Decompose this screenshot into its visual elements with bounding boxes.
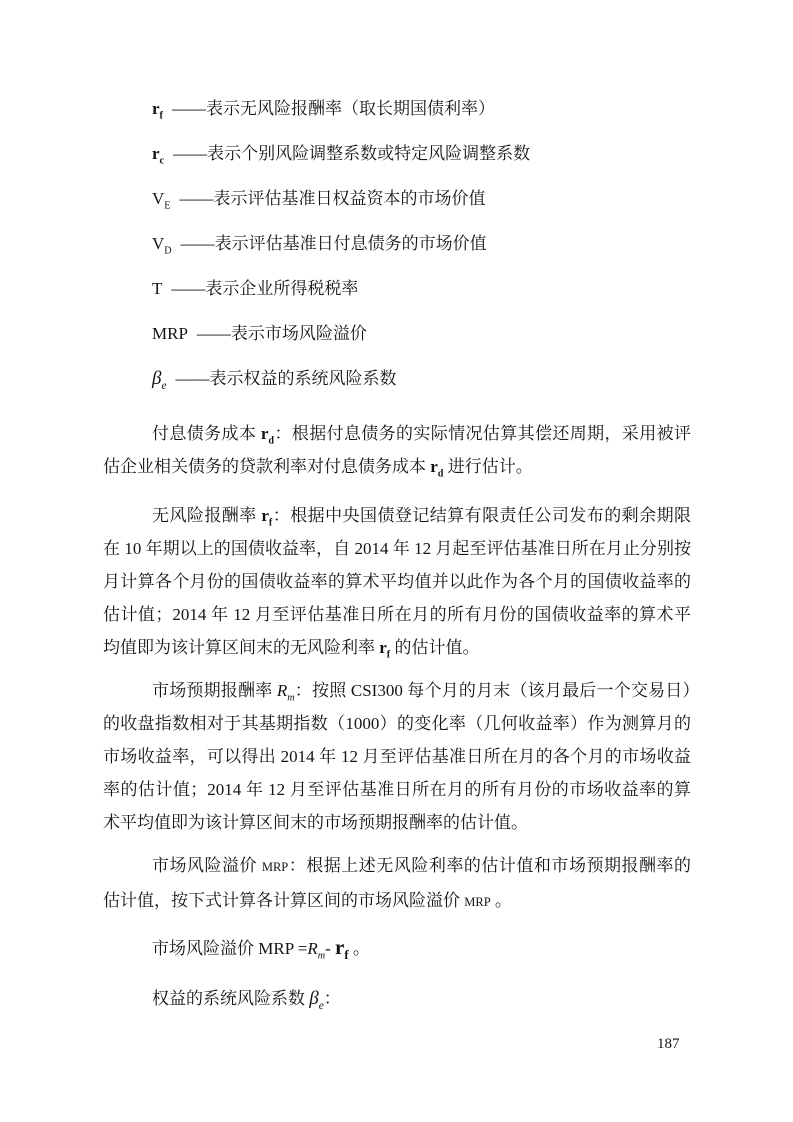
definition-mrp: MRP——表示市场风险溢价 bbox=[152, 311, 691, 356]
symbol-subscript: m bbox=[287, 692, 294, 703]
paragraph-text: ：根据中央国债登记结算有限责任公司发布的剩余期限在 10 年期以上的国债收益率，… bbox=[103, 506, 691, 657]
paragraph-mrp: 市场风险溢价 MRP：根据上述无风险利率的估计值和市场预期报酬率的估计值，按下式… bbox=[103, 849, 691, 919]
symbol-letter: r bbox=[379, 638, 387, 657]
symbol-beta: βe bbox=[309, 988, 324, 1009]
symbol-subscript: E bbox=[164, 200, 170, 211]
paragraph-text: 的估计值。 bbox=[390, 638, 479, 657]
symbol-letter: MRP bbox=[152, 324, 188, 343]
definition-text: ——表示无风险报酬率（取长期国债利率） bbox=[172, 99, 495, 118]
definition-text: ——表示权益的系统风险系数 bbox=[176, 369, 397, 388]
paragraph-text: 市场风险溢价 bbox=[152, 856, 262, 875]
symbol-rf: rf bbox=[335, 935, 349, 959]
formula-text: 市场风险溢价 MRP = bbox=[152, 939, 307, 958]
paragraph-text: 付息债务成本 bbox=[152, 424, 261, 443]
paragraph-text: 市场预期报酬率 bbox=[152, 681, 277, 700]
paragraph-text: 权益的系统风险系数 bbox=[152, 989, 309, 1008]
symbol-letter: R bbox=[277, 681, 287, 700]
symbol-letter: r bbox=[152, 144, 160, 163]
symbol-rf: rf bbox=[152, 99, 163, 118]
definition-text: ——表示个别风险调整系数或特定风险调整系数 bbox=[173, 144, 530, 163]
symbol-letter: r bbox=[261, 506, 269, 525]
symbol-t: T bbox=[152, 279, 162, 298]
symbol-letter: V bbox=[152, 234, 164, 253]
definition-text: ——表示市场风险溢价 bbox=[197, 324, 367, 343]
symbol-mrp: MRP bbox=[262, 860, 288, 874]
symbol-letter: r bbox=[152, 99, 160, 118]
definition-beta: βe——表示权益的系统风险系数 bbox=[152, 356, 691, 401]
symbol-letter: β bbox=[309, 988, 318, 1009]
symbol-mrp: MRP bbox=[152, 324, 188, 343]
symbol-letter: R bbox=[307, 939, 317, 958]
symbol-rc: rc bbox=[152, 144, 164, 163]
definition-rc: rc——表示个别风险调整系数或特定风险调整系数 bbox=[152, 131, 691, 176]
definition-rf: rf——表示无风险报酬率（取长期国债利率） bbox=[152, 86, 691, 131]
page-number: 187 bbox=[657, 1036, 680, 1053]
paragraph-text: 。 bbox=[491, 891, 512, 910]
definition-text: ——表示企业所得税税率 bbox=[171, 279, 358, 298]
paragraph-text: 无风险报酬率 bbox=[152, 506, 261, 525]
formula-text: - bbox=[325, 939, 335, 958]
symbol-mrp: MRP bbox=[464, 895, 490, 909]
page-content: rf——表示无风险报酬率（取长期国债利率） rc——表示个别风险调整系数或特定风… bbox=[103, 86, 691, 1015]
paragraph-text: 进行估计。 bbox=[443, 457, 532, 476]
symbol-rd: rd bbox=[261, 424, 274, 443]
symbol-rf: rf bbox=[379, 638, 390, 657]
symbol-subscript: f bbox=[160, 110, 163, 121]
document-page: rf——表示无风险报酬率（取长期国债利率） rc——表示个别风险调整系数或特定风… bbox=[0, 0, 793, 1122]
symbol-beta: βe bbox=[152, 368, 167, 389]
definition-text: ——表示评估基准日付息债务的市场价值 bbox=[181, 234, 487, 253]
symbol-subscript: c bbox=[160, 155, 165, 166]
symbol-rm: Rm bbox=[277, 681, 295, 700]
definition-text: ——表示评估基准日权益资本的市场价值 bbox=[180, 189, 486, 208]
paragraph-market-return: 市场预期报酬率 Rm：按照 CSI300 每个月的月末（该月最后一个交易日）的收… bbox=[103, 674, 691, 839]
symbol-letter: r bbox=[335, 935, 344, 959]
paragraph-text: ：按照 CSI300 每个月的月末（该月最后一个交易日）的收盘指数相对于其基期指… bbox=[103, 681, 691, 832]
symbol-rd: rd bbox=[430, 457, 443, 476]
symbol-rf: rf bbox=[261, 506, 272, 525]
definition-t: T——表示企业所得税税率 bbox=[152, 266, 691, 311]
symbol-ve: VE bbox=[152, 189, 171, 208]
formula-mrp: 市场风险溢价 MRP =Rm- rf 。 bbox=[103, 931, 691, 965]
paragraph-beta: 权益的系统风险系数 βe： bbox=[103, 982, 691, 1015]
symbol-letter: T bbox=[152, 279, 162, 298]
paragraph-debt-cost: 付息债务成本 rd：根据付息债务的实际情况估算其偿还周期，采用被评估企业相关债务… bbox=[103, 417, 691, 483]
symbol-subscript: e bbox=[161, 380, 166, 392]
symbol-letter: r bbox=[430, 457, 438, 476]
definition-vd: VD——表示评估基准日付息债务的市场价值 bbox=[152, 221, 691, 266]
symbol-vd: VD bbox=[152, 234, 172, 253]
paragraph-risk-free: 无风险报酬率 rf：根据中央国债登记结算有限责任公司发布的剩余期限在 10 年期… bbox=[103, 499, 691, 664]
formula-text: 。 bbox=[349, 939, 370, 958]
paragraph-text: ： bbox=[324, 989, 341, 1008]
definition-ve: VE——表示评估基准日权益资本的市场价值 bbox=[152, 176, 691, 221]
symbol-subscript: D bbox=[164, 245, 171, 256]
symbol-letter: V bbox=[152, 189, 164, 208]
symbol-rm: Rm bbox=[307, 939, 325, 958]
